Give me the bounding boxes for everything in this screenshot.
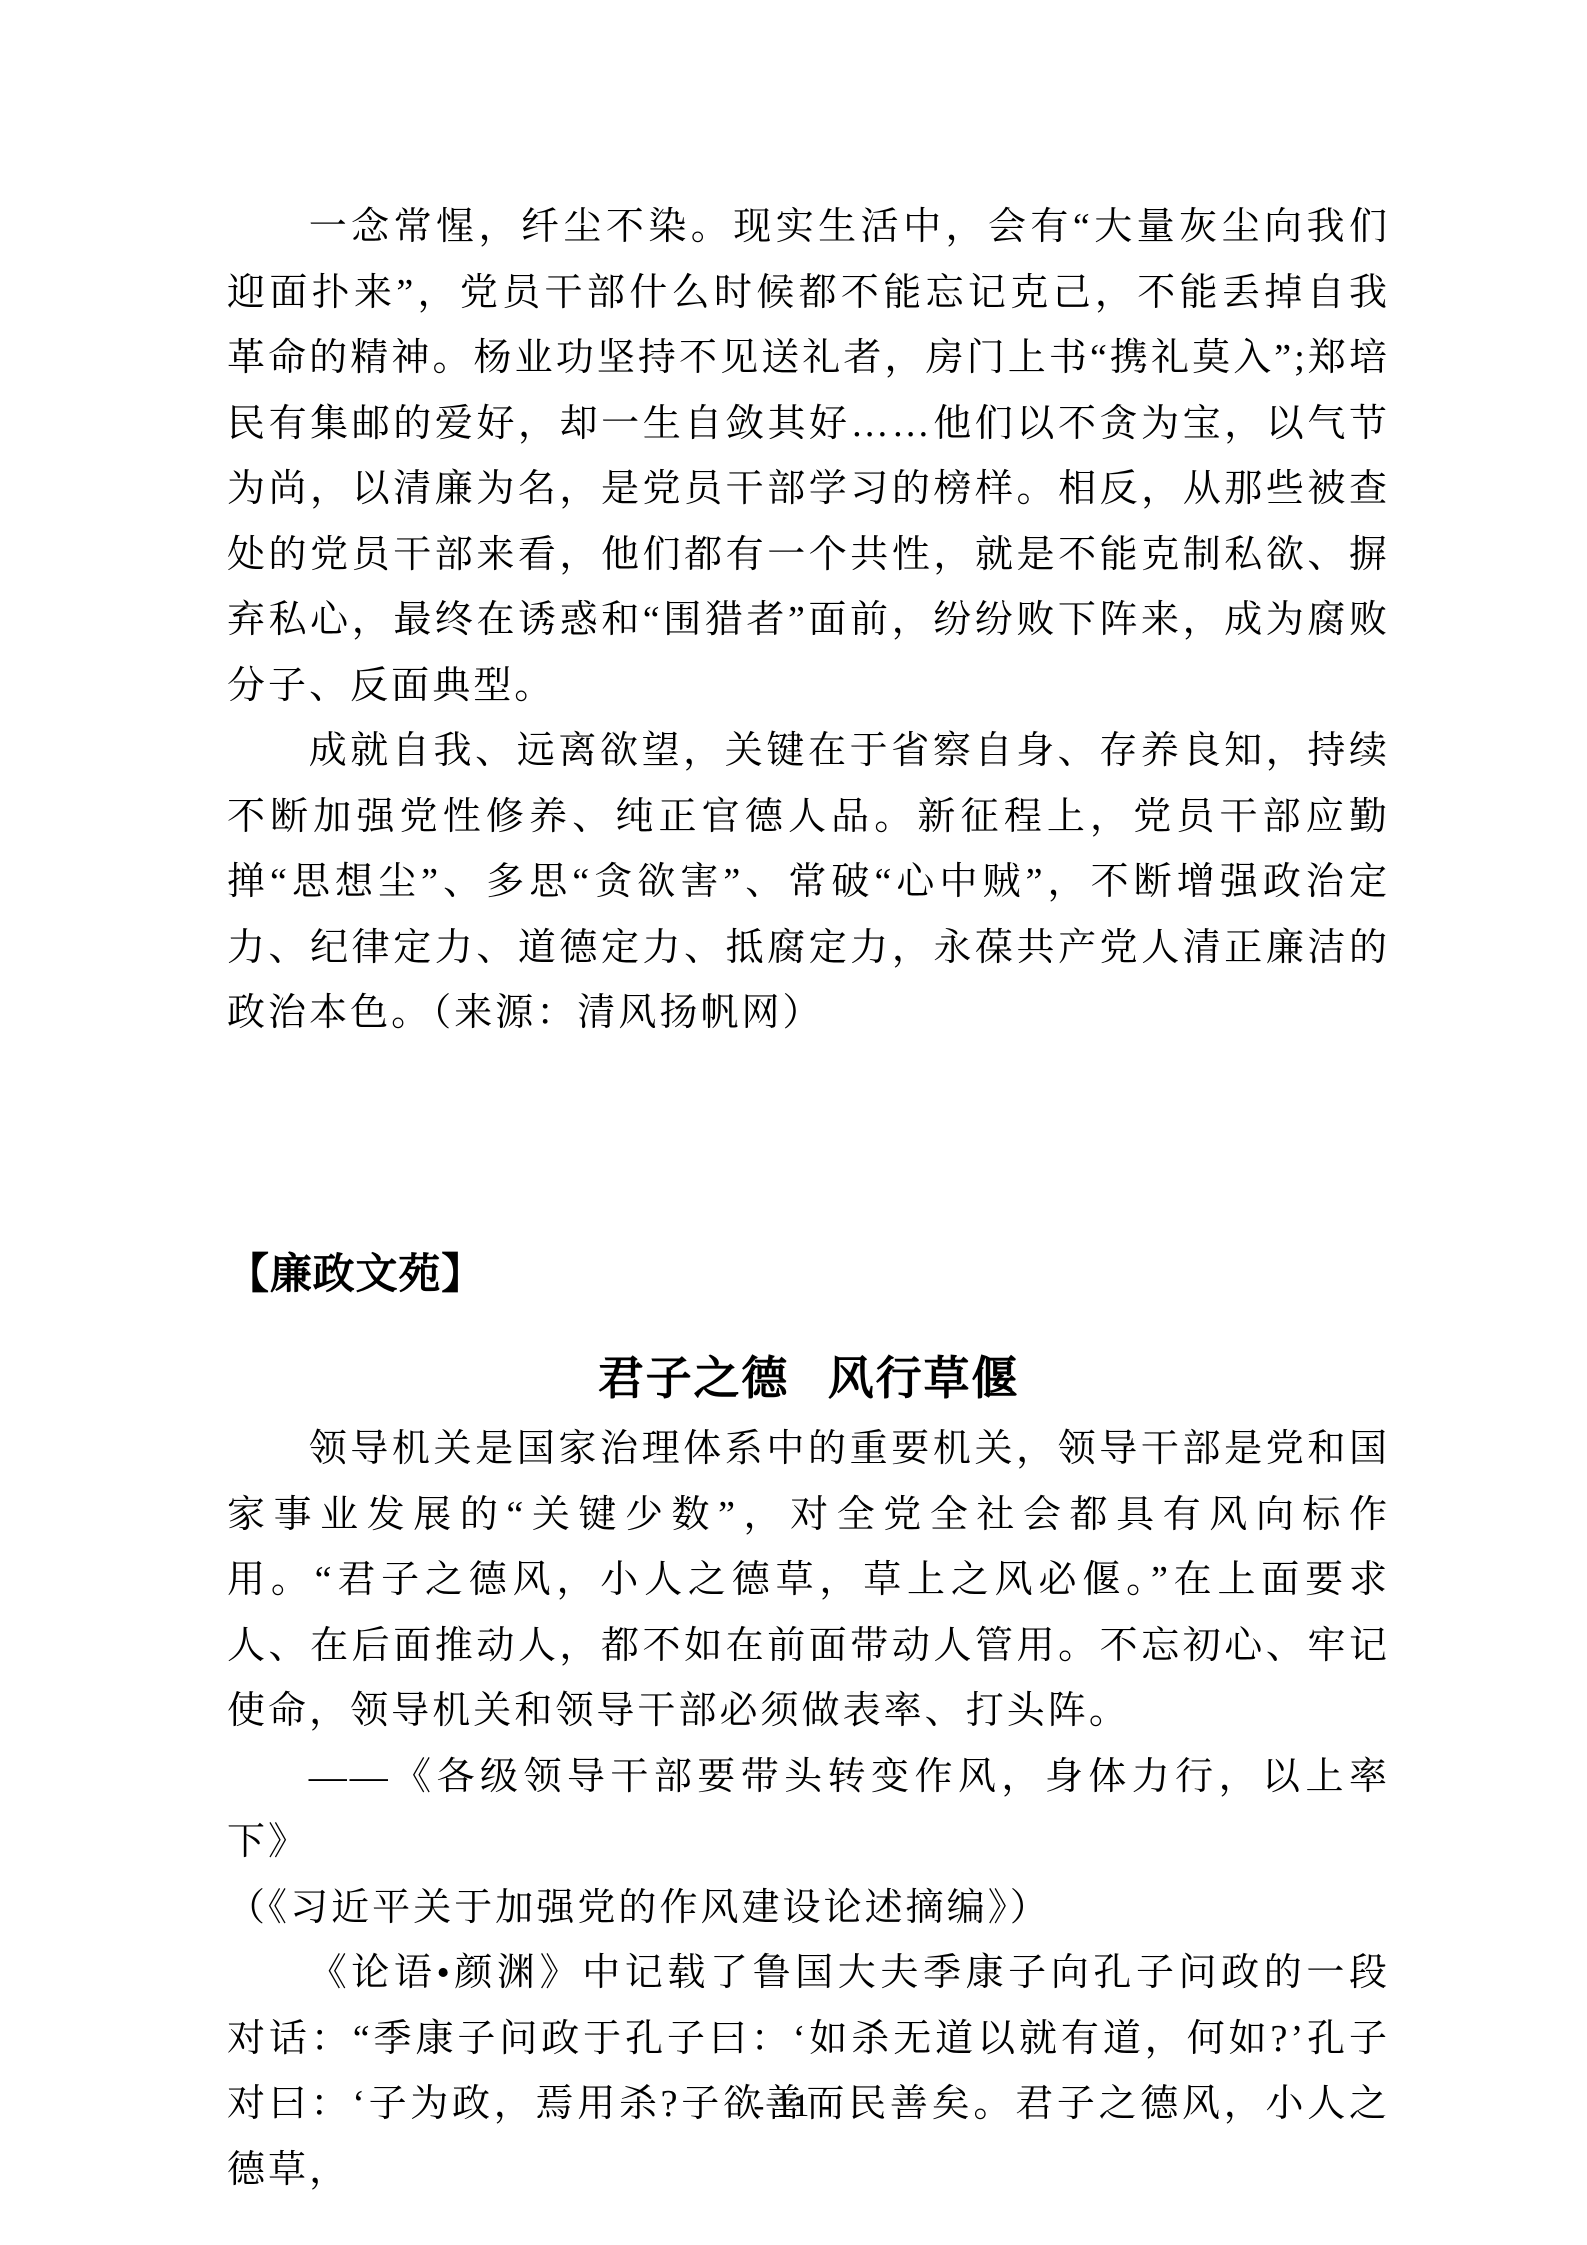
body-paragraph: 成就自我、远离欲望，关键在于省察自身、存养良知，持续不断加强党性修养、纯正官德人…: [227, 719, 1390, 1047]
top-text-block: 一念常惺，纤尘不染。现实生活中，会有“大量灰尘向我们迎面扑来”，党员干部什么时候…: [227, 195, 1390, 1047]
document-page: 一念常惺，纤尘不染。现实生活中，会有“大量灰尘向我们迎面扑来”，党员干部什么时候…: [0, 0, 1587, 2245]
quote-source-line: ——《各级领导干部要带头转变作风，身体力行，以上率下》: [227, 1745, 1390, 1876]
body-paragraph: 一念常惺，纤尘不染。现实生活中，会有“大量灰尘向我们迎面扑来”，党员干部什么时候…: [227, 195, 1390, 719]
article-title: 君子之德 风行草偃: [227, 1348, 1390, 1410]
section-header: 【廉政文苑】: [227, 1248, 484, 1302]
page-number: - 11 -: [0, 2086, 1587, 2126]
body-paragraph: 领导机关是国家治理体系中的重要机关，领导干部是党和国家事业发展的“关键少数”，对…: [227, 1417, 1390, 1745]
body-paragraph: 《论语•颜渊》中记载了鲁国大夫季康子向孔子问政的一段对话：“季康子问政于孔子曰：…: [227, 1941, 1390, 2203]
quote-book-line: （《习近平关于加强党的作风建设论述摘编》）: [227, 1876, 1390, 1942]
